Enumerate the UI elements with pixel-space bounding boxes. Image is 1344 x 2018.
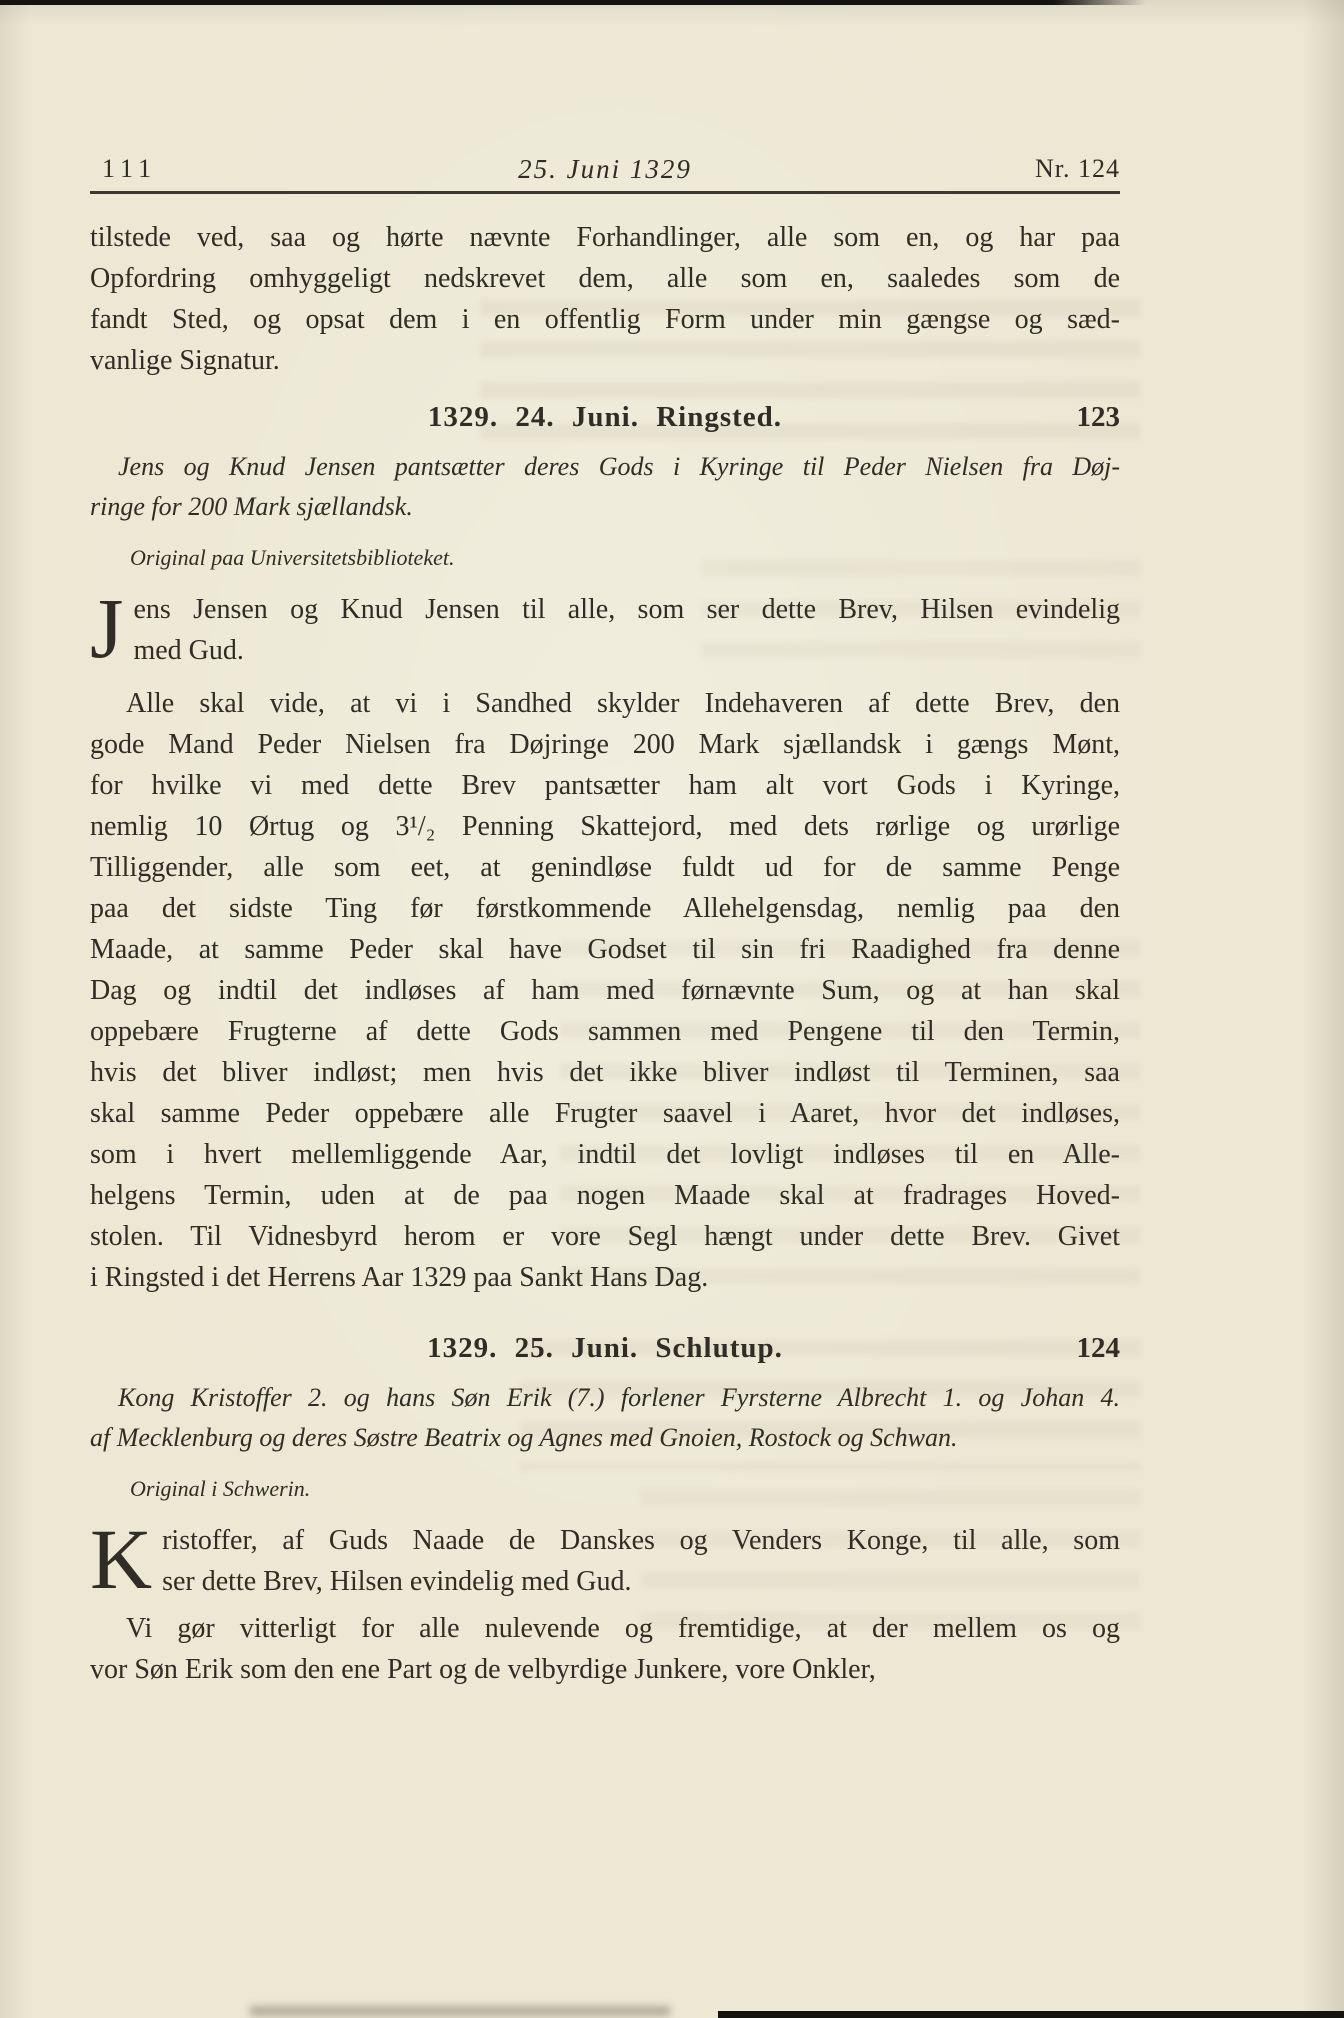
text-line: ringe for 200 Mark sjællandsk. — [90, 487, 1120, 527]
text-line: for hvilke vi med dette Brev pantsætter … — [90, 765, 1120, 806]
header-rule — [90, 191, 1120, 194]
text-line: vor Søn Erik som den ene Part og de velb… — [90, 1649, 1120, 1690]
text-line: ristoffer, af Guds Naade de Danskes og V… — [90, 1520, 1120, 1561]
intro-paragraph: tilstede ved, saa og hørte nævnte Forhan… — [90, 217, 1120, 381]
book-page: 111 25. Juni 1329 Nr. 124 tilstede ved, … — [0, 0, 1344, 2018]
entry-number: 124 — [1077, 1328, 1121, 1368]
text-line: tilstede ved, saa og hørte nævnte Forhan… — [90, 217, 1120, 258]
text-line: paa det sidste Ting før førstkommende Al… — [90, 888, 1120, 929]
text-line: helgens Termin, uden at de paa nogen Maa… — [90, 1175, 1120, 1216]
text-line: Jens og Knud Jensen pantsætter deres God… — [90, 447, 1120, 487]
drop-cap-lines: ens Jensen og Knud Jensen til alle, som … — [90, 589, 1120, 671]
text-line: vanlige Signatur. — [90, 340, 1120, 381]
text-line: af Mecklenburg og deres Søstre Beatrix o… — [90, 1418, 1120, 1458]
drop-cap-lines: ristoffer, af Guds Naade de Danskes og V… — [90, 1520, 1120, 1602]
entry-title: 1329. 25. Juni. Schlutup. — [90, 1328, 1120, 1368]
text-line: gode Mand Peder Nielsen fra Døjringe 200… — [90, 724, 1120, 765]
running-header-date: 25. Juni 1329 — [90, 152, 1120, 186]
text-line: nemlig 10 Ørtug og 3¹/₂ Penning Skattejo… — [90, 806, 1120, 847]
drop-cap: J — [90, 589, 123, 673]
text-line: skal samme Peder oppebære alle Frugter s… — [90, 1093, 1120, 1134]
running-header: 111 25. Juni 1329 Nr. 124 — [90, 152, 1120, 186]
text-line: Dag og indtil det indløses af ham med fø… — [90, 970, 1120, 1011]
source-note-124: Original i Schwerin. — [90, 1474, 1120, 1504]
text-line: med Gud. — [90, 630, 1120, 671]
page-content: 111 25. Juni 1329 Nr. 124 tilstede ved, … — [90, 0, 1120, 1690]
text-line: ser dette Brev, Hilsen evindelig med Gud… — [90, 1561, 1120, 1602]
text-line: som i hvert mellemliggende Aar, indtil d… — [90, 1134, 1120, 1175]
text-line: hvis det bliver indløst; men hvis det ik… — [90, 1052, 1120, 1093]
entry-body-opening-124: K ristoffer, af Guds Naade de Danskes og… — [90, 1520, 1120, 1602]
entry-number: 123 — [1077, 397, 1121, 437]
entry-summary-123: Jens og Knud Jensen pantsætter deres God… — [90, 447, 1120, 527]
running-header-entry-number: Nr. 124 — [1035, 152, 1120, 186]
drop-cap: K — [90, 1520, 152, 1604]
text-line: oppebære Frugterne af dette Gods sammen … — [90, 1011, 1120, 1052]
text-line: Opfordring omhyggeligt nedskrevet dem, a… — [90, 258, 1120, 299]
text-line: Alle skal vide, at vi i Sandhed skylder … — [90, 683, 1120, 724]
text-line: Tilliggender, alle som eet, at genindløs… — [90, 847, 1120, 888]
entry-heading-124: 1329. 25. Juni. Schlutup. 124 — [90, 1328, 1120, 1368]
text-line: fandt Sted, og opsat dem i en offentlig … — [90, 299, 1120, 340]
entry-body-124: Vi gør vitterligt for alle nulevende og … — [90, 1608, 1120, 1690]
entry-title: 1329. 24. Juni. Ringsted. — [90, 397, 1120, 437]
entry-body-opening-123: J ens Jensen og Knud Jensen til alle, so… — [90, 589, 1120, 671]
text-line: ens Jensen og Knud Jensen til alle, som … — [90, 589, 1120, 630]
scan-smudge — [250, 2006, 670, 2016]
text-line: i Ringsted i det Herrens Aar 1329 paa Sa… — [90, 1257, 1120, 1298]
entry-heading-123: 1329. 24. Juni. Ringsted. 123 — [90, 397, 1120, 437]
source-note-123: Original paa Universitetsbiblioteket. — [90, 543, 1120, 573]
entry-summary-124: Kong Kristoffer 2. og hans Søn Erik (7.)… — [90, 1378, 1120, 1458]
entry-body-123: Alle skal vide, at vi i Sandhed skylder … — [90, 683, 1120, 1298]
text-line: Vi gør vitterligt for alle nulevende og … — [90, 1608, 1120, 1649]
scan-edge-bottom — [718, 2011, 1344, 2018]
text-line: stolen. Til Vidnesbyrd herom er vore Seg… — [90, 1216, 1120, 1257]
text-line: Kong Kristoffer 2. og hans Søn Erik (7.)… — [90, 1378, 1120, 1418]
text-line: Maade, at samme Peder skal have Godset t… — [90, 929, 1120, 970]
